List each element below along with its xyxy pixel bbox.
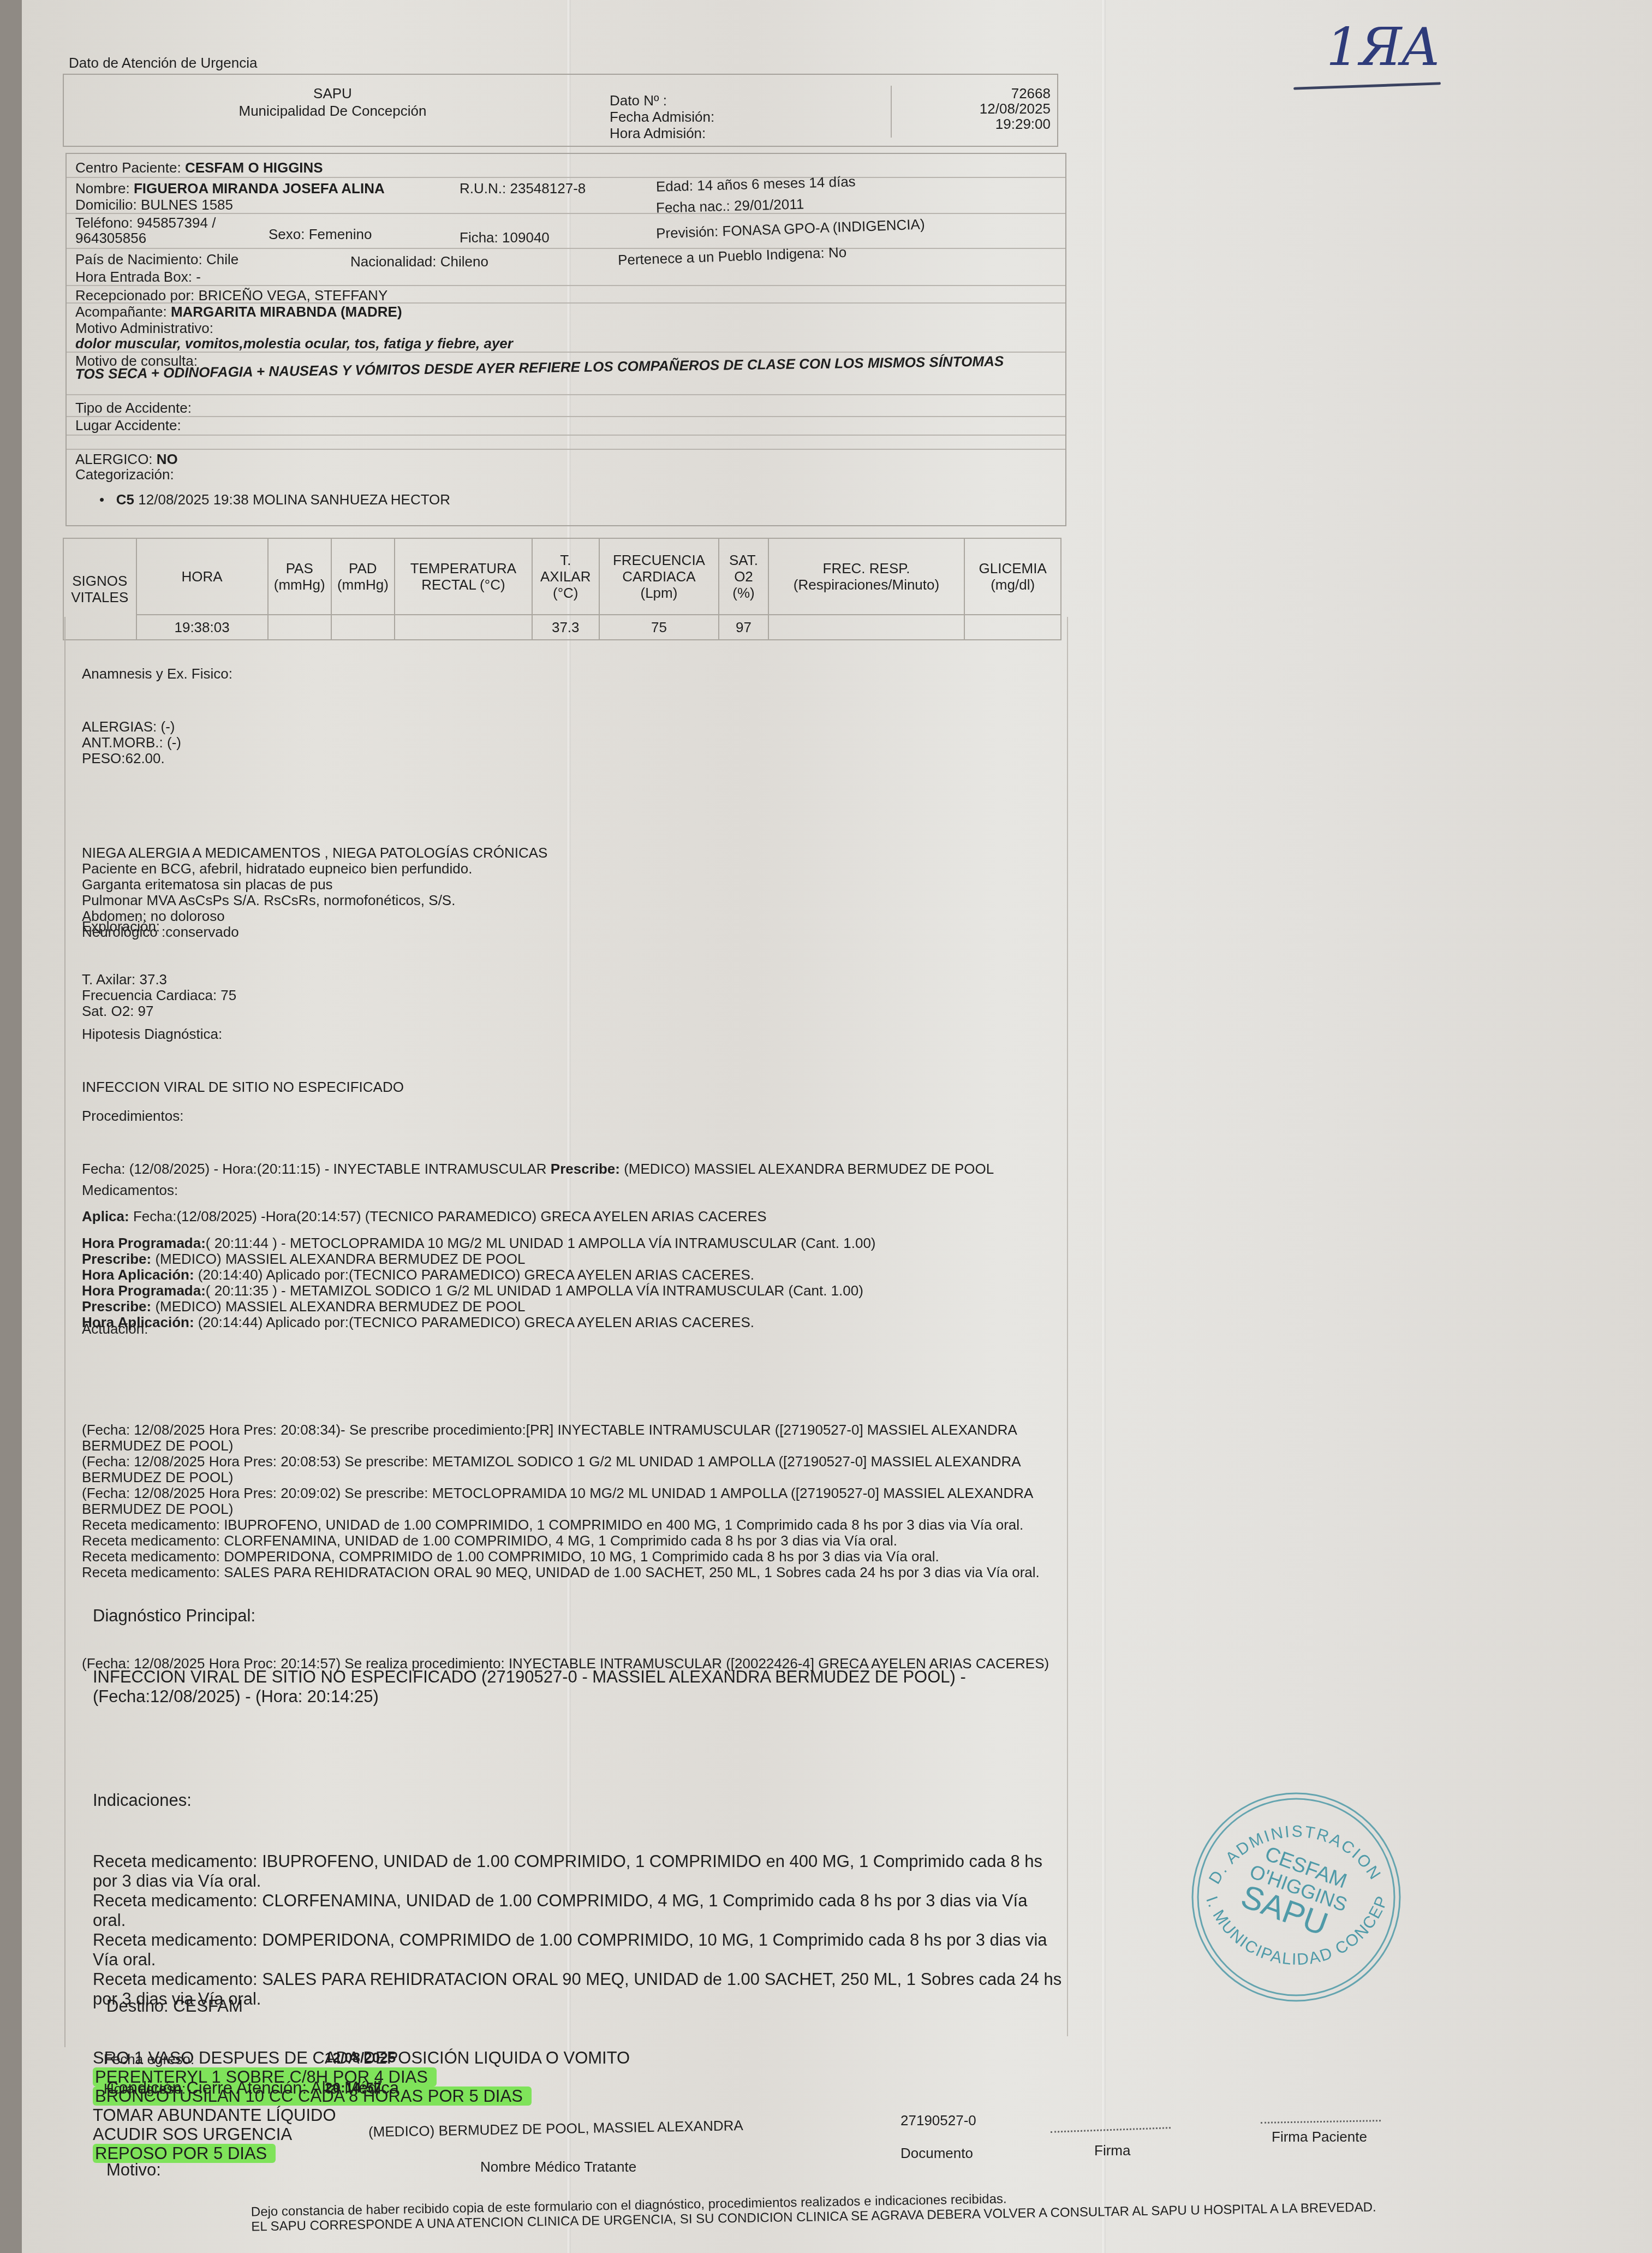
categorizacion-label: Categorización: [75,466,174,483]
run-row: R.U.N.: 23548127-8 [460,180,586,197]
vitals-header: HORA [136,538,268,615]
vitals-value [768,615,965,640]
header-box: SAPU Municipalidad De Concepción Dato Nº… [63,74,1058,147]
dato-value: 72668 [980,86,1051,101]
alergico-label: ALERGICO: [75,451,153,467]
vitals-header: FREC. RESP. (Respiraciones/Minuto) [768,538,965,615]
centro-value: CESFAM O HIGGINS [185,159,323,176]
nacionalidad-row: Nacionalidad: Chileno [350,253,488,270]
fecha-egreso-value: 12/08/2025 [325,2050,396,2066]
prescribe-line: Prescribe: (MEDICO) MASSIEL ALEXANDRA BE… [82,1251,1064,1267]
pueblo-value: No [828,244,846,261]
procedimientos-label: Procedimientos: [82,1108,1064,1124]
org-block: SAPU Municipalidad De Concepción [64,85,601,120]
prevision-label: Previsión: [656,223,719,242]
ficha-label: Ficha: [460,229,498,246]
destino-value: CESFAM [173,1996,242,2016]
form-title: Dato de Atención de Urgencia [69,55,257,72]
vitals-value: 75 [599,615,719,640]
telefono-value-2: 964305856 [75,230,216,246]
divider [891,86,892,138]
divider [67,213,1065,214]
hora-admision-label: Hora Admisión: [610,125,714,141]
motivo-admin-label: Motivo Administrativo: [75,320,213,337]
domicilio-label: Domicilio: [75,197,137,213]
patient-info-box: Centro Paciente: CESFAM O HIGGINS Nombre… [65,153,1066,526]
divider [67,177,1065,178]
bullet-icon: • [99,491,112,508]
org-municipality: Municipalidad De Concepción [64,102,601,120]
edad-value: 14 años 6 meses 14 días [697,173,856,194]
medicamentos-label: Medicamentos: [82,1182,1064,1198]
actuacion-label: Actuación: [82,1321,1059,1337]
hora-box-label: Hora Entrada Box: [75,269,192,285]
vitals-header: T. AXILAR (°C) [532,538,599,615]
recepcionado-row: Recepcionado por: BRICEÑO VEGA, STEFFANY [75,287,387,304]
anamnesis-line: NIEGA ALERGIA A MEDICAMENTOS , NIEGA PAT… [82,845,547,861]
dato-label: Dato Nº : [610,92,714,109]
actuacion-line: Receta medicamento: DOMPERIDONA, COMPRIM… [82,1549,1059,1565]
hora-aplicacion-line: Hora Aplicación: (20:14:40) Aplicado por… [82,1267,1064,1283]
acompanante-value: MARGARITA MIRABNDA (MADRE) [171,304,402,320]
nombre-value: FIGUEROA MIRANDA JOSEFA ALINA [134,180,385,197]
hora-aplicacion-value: (20:14:40) Aplicado por:(TECNICO PARAMED… [194,1267,754,1283]
anamnesis-line: PESO:62.00. [82,751,547,766]
fecha-nac-value: 29/01/2011 [734,195,804,213]
anamnesis-lines-a: ALERGIAS: (-)ANT.MORB.: (-)PESO:62.00. [82,719,547,766]
diagnostico-value: INFECCION VIRAL DE SITIO NO ESPECIFICADO… [93,1667,1064,1707]
vitals-header: TEMPERATURA RECTAL (°C) [395,538,532,615]
actuacion-line: (Fecha: 12/08/2025 Hora Pres: 20:09:02) … [82,1485,1059,1517]
hora-aplicacion-label: Hora Aplicación: [82,1267,194,1283]
motivo-consulta-value: TOS SECA + ODINOFAGIA + NAUSEAS Y VÓMITO… [75,353,1004,383]
destino-label: Destino: [106,1996,169,2016]
sexo-label: Sexo: [269,226,305,242]
actuacion-line: (Fecha: 12/08/2025 Hora Pres: 20:08:34)-… [82,1422,1059,1454]
vitals-value: 97 [719,615,768,640]
tipo-accidente-label: Tipo de Accidente: [75,400,192,417]
nombre-row: Nombre: FIGUEROA MIRANDA JOSEFA ALINA [75,180,385,197]
org-name: SAPU [64,85,601,102]
centro-label: Centro Paciente: [75,159,181,176]
domicilio-row: Domicilio: BULNES 1585 [75,197,233,213]
vitals-header: PAD (mmHg) [331,538,395,615]
prevision-row: Previsión: FONASA GPO-A (INDIGENCIA) [656,216,925,242]
prevision-value: FONASA GPO-A (INDIGENCIA) [722,216,925,239]
divider [67,352,1065,353]
telefono-value-1: 945857394 / [137,215,216,231]
divider [67,416,1065,417]
run-label: R.U.N.: [460,180,506,197]
pais-value: Chile [206,251,238,267]
ficha-row: Ficha: 109040 [460,229,550,246]
vitals-header: SAT. O2 (%) [719,538,768,615]
pais-row: País de Nacimiento: Chile [75,251,238,268]
anamnesis-label: Anamnesis y Ex. Fisico: [82,666,547,682]
divider [67,449,1065,450]
actuacion-line: Receta medicamento: IBUPROFENO, UNIDAD d… [82,1517,1059,1533]
acompanante-row: Acompañante: MARGARITA MIRABNDA (MADRE) [75,304,402,320]
diagnostico-label: Diagnóstico Principal: [93,1606,1064,1626]
recepcionado-value: BRICEÑO VEGA, STEFFANY [199,287,388,304]
admission-labels: Dato Nº : Fecha Admisión: Hora Admisión: [610,92,714,141]
fecha-egreso-label: Fecha egreso: [104,2052,194,2067]
acompanante-label: Acompañante: [75,304,167,320]
exploracion-label: Exploración: [82,919,236,935]
telefono-row: Teléfono: 945857394 / 964305856 [75,215,216,246]
vitals-header: GLICEMIA (mg/dl) [964,538,1061,615]
receta-line: Receta medicamento: IBUPROFENO, UNIDAD d… [93,1852,1064,1891]
actuacion-lines: (Fecha: 12/08/2025 Hora Pres: 20:08:34)-… [82,1422,1059,1580]
handwritten-mark: 1ЯA [1326,16,1440,78]
anamnesis-line: Paciente en BCG, afebril, hidratado eupn… [82,861,547,877]
medico-label: Nombre Médico Tratante [480,2159,636,2175]
sexo-row: Sexo: Femenino [269,226,372,243]
hora-programada-value: ( 20:11:44 ) - METOCLOPRAMIDA 10 MG/2 ML… [206,1235,876,1251]
divider [67,394,1065,395]
documento-label: Documento [900,2145,973,2161]
hora-egreso-value: 20:14:57 [325,2080,381,2096]
categorizacion-code: C5 [116,491,134,508]
vitals-header: PAS (mmHg) [268,538,331,615]
indicaciones-label: Indicaciones: [93,1791,1064,1810]
destino-row: Destino: CESFAM [106,1993,399,2020]
sexo-value: Femenino [309,226,372,242]
divider [67,248,1065,249]
nombre-label: Nombre: [75,180,130,197]
actuacion-line: Receta medicamento: CLORFENAMINA, UNIDAD… [82,1533,1059,1549]
hora-admision-value: 19:29:00 [980,116,1051,132]
page-border-right [1067,617,1068,2036]
vitals-header: FRECUENCIA CARDIACA (Lpm) [599,538,719,615]
vitals-value [964,615,1061,640]
recepcionado-label: Recepcionado por: [75,287,194,304]
nacionalidad-value: Chileno [440,253,488,270]
documento-value: 27190527-0 [900,2113,976,2129]
prescribe-label: Prescribe: [82,1251,151,1267]
edad-label: Edad: [656,177,694,195]
hora-box-row: Hora Entrada Box: - [75,269,201,286]
cierre-section: Destino: CESFAM Condición Cierre Atenció… [106,1938,399,2211]
categorizacion-item: • C5 12/08/2025 19:38 MOLINA SANHUEZA HE… [99,491,450,508]
hora-box-value: - [196,269,201,285]
alergico-row: ALERGICO: NO [75,451,178,468]
prescribe-value: (MEDICO) MASSIEL ALEXANDRA BERMUDEZ DE P… [151,1251,525,1267]
paper-fold [1102,0,1106,2253]
hora-egreso-label: Hora egreso: [104,2081,186,2097]
vitals-table: SIGNOS VITALES HORA PAS (mmHg) PAD (mmHg… [63,538,1061,640]
admission-values: 72668 12/08/2025 19:29:00 [980,86,1051,132]
page-border-left [64,617,65,2047]
hora-programada-label: Hora Programada: [82,1235,206,1251]
telefono-label: Teléfono: [75,215,133,231]
ficha-value: 109040 [502,229,550,246]
pais-label: País de Nacimiento: [75,251,202,267]
exploracion-line: T. Axilar: 37.3 [82,972,236,988]
institution-stamp: D. ADMINISTRACION I. MUNICIPALIDAD CONCE… [1179,1785,1414,2009]
motivo-admin-value: dolor muscular, vomitos,molestia ocular,… [75,335,513,352]
hipotesis-label: Hipotesis Diagnóstica: [82,1026,404,1042]
receta-line: Receta medicamento: CLORFENAMINA, UNIDAD… [93,1891,1064,1930]
hora-programada-line: Hora Programada:( 20:11:44 ) - METOCLOPR… [82,1235,1064,1251]
firma-label: Firma [1094,2143,1130,2159]
alergico-value: NO [157,451,178,467]
categorizacion-value: 12/08/2025 19:38 MOLINA SANHUEZA HECTOR [138,491,450,508]
domicilio-value: BULNES 1585 [141,197,233,213]
lugar-accidente-label: Lugar Accidente: [75,417,181,434]
fecha-admision-label: Fecha Admisión: [610,109,714,125]
vitals-row-label: SIGNOS VITALES [63,538,136,640]
run-value: 23548127-8 [510,180,586,197]
nacionalidad-label: Nacionalidad: [350,253,437,270]
centro-row: Centro Paciente: CESFAM O HIGGINS [75,159,323,176]
actuacion-line: (Fecha: 12/08/2025 Hora Pres: 20:08:53) … [82,1454,1059,1485]
motivo-label: Motivo: [106,2156,399,2184]
divider [67,435,1065,436]
vitals-header-row: SIGNOS VITALES HORA PAS (mmHg) PAD (mmHg… [63,538,1061,615]
firma-paciente-label: Firma Paciente [1272,2129,1367,2145]
anamnesis-line: ANT.MORB.: (-) [82,735,547,751]
anamnesis-line: ALERGIAS: (-) [82,719,547,735]
fecha-admision-value: 12/08/2025 [980,101,1051,116]
divider [67,285,1065,286]
